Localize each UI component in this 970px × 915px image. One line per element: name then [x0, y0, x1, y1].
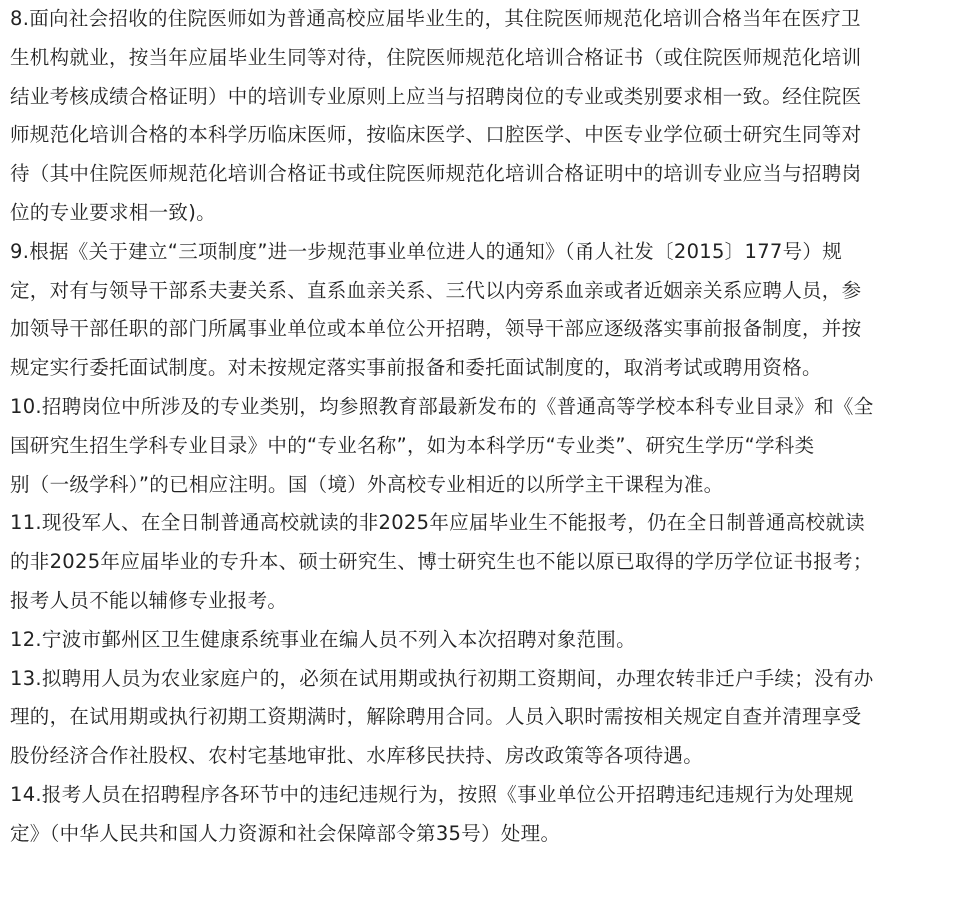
text-line: 13.拟聘用人员为农业家庭户的，必须在试用期或执行初期工资期间，办理农转非迁户手…: [10, 660, 964, 699]
paragraph-item-14: 14.报考人员在招聘程序各环节中的违纪违规行为，按照《事业单位公开招聘违纪违规行…: [10, 776, 964, 854]
text-line: 位的专业要求相一致)。: [10, 194, 964, 233]
text-line: 国研究生招生学科专业目录》中的“专业名称”，如为本科学历“专业类”、研究生学历“…: [10, 427, 964, 466]
paragraph-item-12: 12.宁波市鄞州区卫生健康系统事业在编人员不列入本次招聘对象范围。: [10, 621, 964, 660]
paragraph-item-8: 8.面向社会招收的住院医师如为普通高校应届毕业生的，其住院医师规范化培训合格当年…: [10, 0, 964, 233]
paragraph-item-13: 13.拟聘用人员为农业家庭户的，必须在试用期或执行初期工资期间，办理农转非迁户手…: [10, 660, 964, 776]
text-line: 理的，在试用期或执行初期工资期满时，解除聘用合同。人员入职时需按相关规定自查并清…: [10, 698, 964, 737]
text-line: 师规范化培训合格的本科学历临床医师，按临床医学、口腔医学、中医专业学位硕士研究生…: [10, 116, 964, 155]
text-line: 股份经济合作社股权、农村宅基地审批、水库移民扶持、房改政策等各项待遇。: [10, 737, 964, 776]
text-line: 加领导干部任职的部门所属事业单位或本单位公开招聘，领导干部应逐级落实事前报备制度…: [10, 310, 964, 349]
paragraph-item-11: 11.现役军人、在全日制普通高校就读的非2025年应届毕业生不能报考，仍在全日制…: [10, 504, 964, 620]
text-line: 10.招聘岗位中所涉及的专业类别，均参照教育部最新发布的《普通高等学校本科专业目…: [10, 388, 964, 427]
text-line: 14.报考人员在招聘程序各环节中的违纪违规行为，按照《事业单位公开招聘违纪违规行…: [10, 776, 964, 815]
text-line: 生机构就业，按当年应届毕业生同等对待，住院医师规范化培训合格证书（或住院医师规范…: [10, 39, 964, 78]
paragraph-item-9: 9.根据《关于建立“三项制度”进一步规范事业单位进人的通知》（甬人社发〔2015…: [10, 233, 964, 388]
document-body: 8.面向社会招收的住院医师如为普通高校应届毕业生的，其住院医师规范化培训合格当年…: [0, 0, 970, 854]
paragraph-item-10: 10.招聘岗位中所涉及的专业类别，均参照教育部最新发布的《普通高等学校本科专业目…: [10, 388, 964, 504]
text-line: 的非2025年应届毕业的专升本、硕士研究生、博士研究生也不能以原已取得的学历学位…: [10, 543, 964, 582]
text-line: 8.面向社会招收的住院医师如为普通高校应届毕业生的，其住院医师规范化培训合格当年…: [10, 0, 964, 39]
text-line: 结业考核成绩合格证明）中的培训专业原则上应当与招聘岗位的专业或类别要求相一致。经…: [10, 78, 964, 117]
text-line: 12.宁波市鄞州区卫生健康系统事业在编人员不列入本次招聘对象范围。: [10, 621, 964, 660]
text-line: 规定实行委托面试制度。对未按规定落实事前报备和委托面试制度的，取消考试或聘用资格…: [10, 349, 964, 388]
text-line: 待（其中住院医师规范化培训合格证书或住院医师规范化培训合格证明中的培训专业应当与…: [10, 155, 964, 194]
text-line: 定，对有与领导干部系夫妻关系、直系血亲关系、三代以内旁系血亲或者近姻亲关系应聘人…: [10, 272, 964, 311]
text-line: 11.现役军人、在全日制普通高校就读的非2025年应届毕业生不能报考，仍在全日制…: [10, 504, 964, 543]
text-line: 定》（中华人民共和国人力资源和社会保障部令第35号）处理。: [10, 815, 964, 854]
text-line: 报考人员不能以辅修专业报考。: [10, 582, 964, 621]
text-line: 9.根据《关于建立“三项制度”进一步规范事业单位进人的通知》（甬人社发〔2015…: [10, 233, 964, 272]
text-line: 别（一级学科）”的已相应注明。国（境）外高校专业相近的以所学主干课程为准。: [10, 466, 964, 505]
